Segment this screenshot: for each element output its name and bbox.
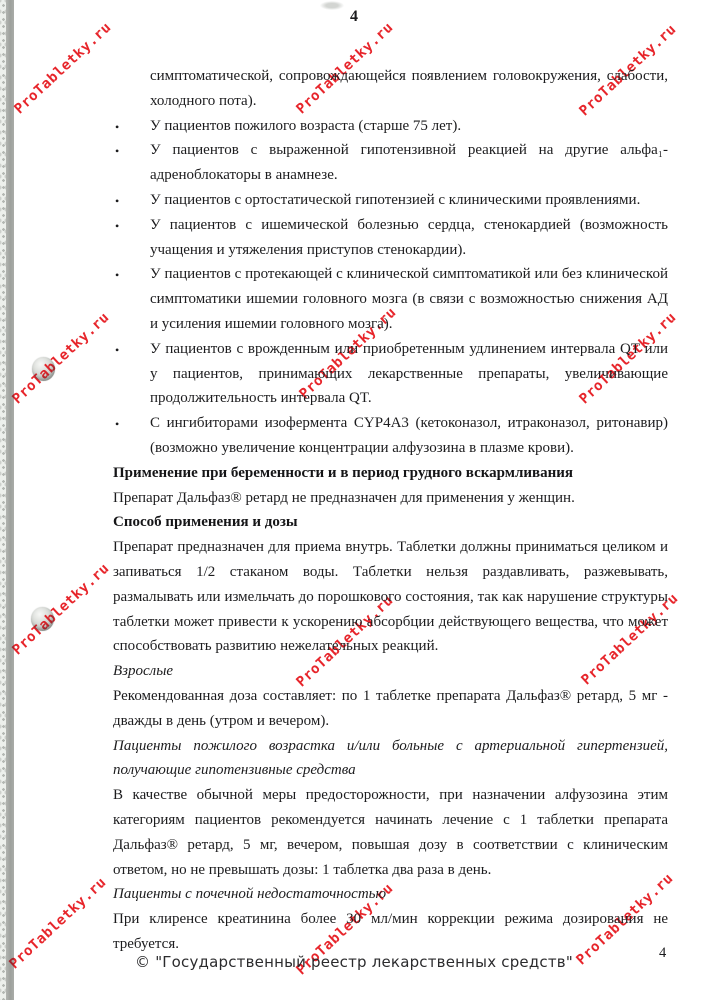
- scan-edge-bar: [6, 0, 14, 1000]
- bullet-marker: •: [115, 115, 119, 140]
- footer-credit: © "Государственный реестр лекарственных …: [0, 953, 708, 971]
- text-run: У пациентов пожилого возраста (старше 75…: [150, 118, 461, 134]
- bullet-marker: •: [115, 214, 119, 239]
- section-heading: Применение при беременности и в период г…: [113, 461, 668, 486]
- bullet-marker: •: [115, 139, 119, 164]
- section-heading: Способ применения и дозы: [113, 510, 668, 535]
- watermark-text: ProTabletky.ru: [11, 19, 116, 118]
- text-run: Пациенты с почечной недостаточностью: [113, 886, 386, 902]
- text-run: Взрослые: [113, 663, 173, 679]
- paragraph: Препарат Дальфаз® ретард не предназначен…: [113, 486, 668, 511]
- text-run: У пациентов с выраженной гипотензивной р…: [150, 142, 668, 183]
- paragraph: В качестве обычной меры предосторожности…: [113, 783, 668, 882]
- bullet-item: •У пациентов с ортостатической гипотензи…: [113, 188, 668, 213]
- text-run: У пациентов с ишемической болезнью сердц…: [150, 217, 668, 258]
- watermark-text: ProTabletky.ru: [9, 560, 114, 659]
- text-run: Способ применения и дозы: [113, 514, 298, 530]
- bullet-marker: •: [115, 338, 119, 363]
- paragraph: Рекомендованная доза составляет: по 1 та…: [113, 684, 668, 734]
- bullet-marker: •: [115, 263, 119, 288]
- bullet-item: •С ингибиторами изофермента CYP4A3 (кето…: [113, 411, 668, 461]
- subsection-heading: Пациенты пожилого возрастка и/или больны…: [113, 734, 668, 784]
- scanned-document-page: 4 симптоматической, сопровождающейся поя…: [0, 0, 708, 1000]
- text-run: С ингибиторами изофермента CYP4A3 (кеток…: [150, 415, 668, 456]
- text-run: Пациенты пожилого возрастка и/или больны…: [113, 738, 668, 779]
- text-run: У пациентов с протекающей с клинической …: [150, 266, 668, 332]
- bullet-item: •У пациентов с выраженной гипотензивной …: [113, 138, 668, 188]
- bullet-marker: •: [115, 412, 119, 437]
- watermark-text: ProTabletky.ru: [9, 309, 114, 408]
- document-body: симптоматической, сопровождающейся появл…: [113, 64, 668, 957]
- bullet-item: •У пациентов с ишемической болезнью серд…: [113, 213, 668, 263]
- bullet-marker: •: [115, 189, 119, 214]
- text-run: У пациентов с ортостатической гипотензие…: [150, 192, 640, 208]
- text-run: Применение при беременности и в период г…: [113, 465, 573, 481]
- page-number-bottom: 4: [659, 945, 666, 962]
- text-run: В качестве обычной меры предосторожности…: [113, 787, 668, 877]
- text-run: Рекомендованная доза составляет: по 1 та…: [113, 688, 668, 729]
- text-run: Препарат Дальфаз® ретард не предназначен…: [113, 490, 575, 506]
